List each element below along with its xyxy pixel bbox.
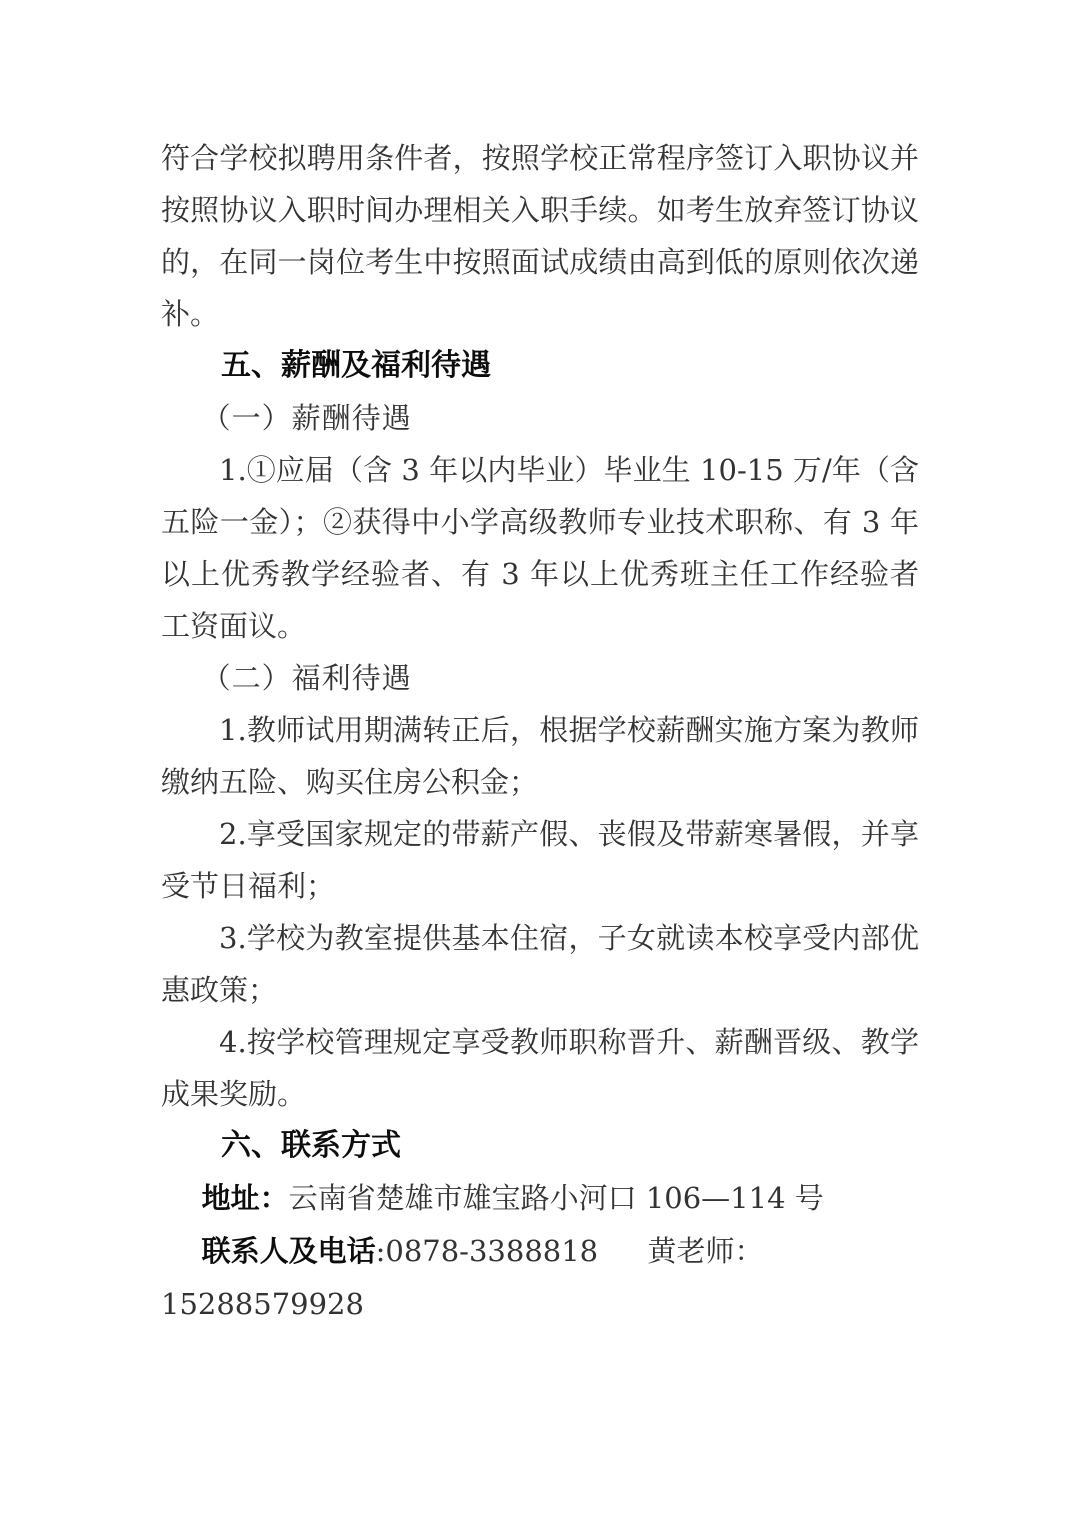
address-label: 地址： [202,1183,289,1215]
section-6-heading: 六、联系方式 [161,1120,919,1172]
section-5-heading: 五、薪酬及福利待遇 [161,340,919,392]
welfare-subheading: （二）福利待遇 [161,652,919,704]
salary-subheading: （一）薪酬待遇 [161,392,919,444]
contact-line: 联系人及电话:0878-3388818黄老师：15288579928 [161,1225,919,1330]
document-body: 符合学校拟聘用条件者，按照学校正常程序签订入职协议并按照协议入职时间办理相关入职… [161,132,919,1330]
contact-mobile: 15288579928 [161,1287,364,1321]
contact-phone: :0878-3388818 [376,1234,599,1268]
document-page: 符合学校拟聘用条件者，按照学校正常程序签订入职协议并按照协议入职时间办理相关入职… [0,0,1080,1528]
salary-paragraph: 1.①应届（含 3 年以内毕业）毕业生 10-15 万/年（含五险一金）；②获得… [161,444,919,652]
welfare-item: 2.享受国家规定的带薪产假、丧假及带薪寒暑假，并享受节日福利； [161,808,919,912]
welfare-item: 1.教师试用期满转正后，根据学校薪酬实施方案为教师缴纳五险、购买住房公积金； [161,704,919,808]
intro-paragraph: 符合学校拟聘用条件者，按照学校正常程序签订入职协议并按照协议入职时间办理相关入职… [161,132,919,340]
address-line: 地址：云南省楚雄市雄宝路小河口 106—114 号 [161,1172,919,1225]
address-value: 云南省楚雄市雄宝路小河口 106—114 号 [289,1181,824,1215]
welfare-item: 4.按学校管理规定享受教师职称晋升、薪酬晋级、教学成果奖励。 [161,1016,919,1120]
contact-person: 黄老师： [647,1234,763,1268]
welfare-item: 3.学校为教室提供基本住宿，子女就读本校享受内部优惠政策； [161,912,919,1016]
contact-label: 联系人及电话 [202,1236,376,1268]
